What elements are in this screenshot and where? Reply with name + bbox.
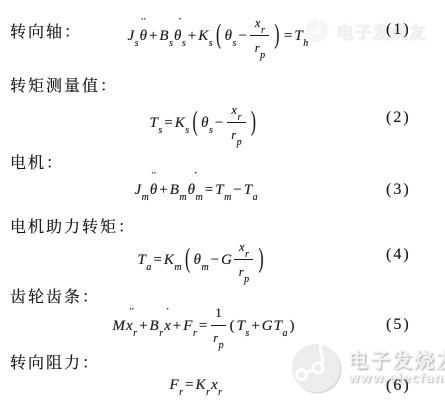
label-rack-and-pinion: 齿轮齿条： xyxy=(10,284,100,307)
elecfans-logo-icon xyxy=(289,340,343,394)
equation-5: M¨xr+Br˙x+Fr=1rp(Ts+GTa) xyxy=(112,302,296,349)
watermark-brand: 电子发烧友 xyxy=(336,18,426,43)
label-torque-measurement: 转矩测量值： xyxy=(10,73,118,96)
scanned-equation-page: 电子发烧友 转向轴： Js¨θ+Bs˙θs+Ks(θs−xrrp)=Th (1)… xyxy=(0,0,445,401)
elecfans-logo-icon xyxy=(304,17,330,43)
eq-number-5: (5) xyxy=(386,316,411,334)
label-steering-resistance: 转向阻力： xyxy=(10,350,100,373)
equation-3: Jm¨θ+Bm˙θm=Tm−Ta xyxy=(134,179,258,201)
label-motor: 电机： xyxy=(10,150,64,173)
eq-number-6: (6) xyxy=(386,377,411,395)
eq-number-1: (1) xyxy=(386,21,411,39)
watermark-brand: 电子发烧友 xyxy=(348,350,445,371)
label-steering-shaft: 转向轴： xyxy=(10,19,82,42)
watermark-bottom: 电子发烧友 www.elecfans.com xyxy=(289,340,445,394)
eq-number-2: (2) xyxy=(386,109,411,127)
equation-6: Fr=Krxr xyxy=(169,374,223,396)
eq-number-4: (4) xyxy=(386,246,411,264)
eq-number-3: (3) xyxy=(386,181,411,199)
equation-4: Ta=Km(θm−Gxrrp) xyxy=(137,236,266,283)
equation-1: Js¨θ+Bs˙θs+Ks(θs−xrrp)=Th xyxy=(127,12,309,59)
label-motor-assist-torque: 电机助力转矩： xyxy=(10,214,136,237)
equation-2: Ts=Ks(θs−xrrp) xyxy=(149,99,259,146)
